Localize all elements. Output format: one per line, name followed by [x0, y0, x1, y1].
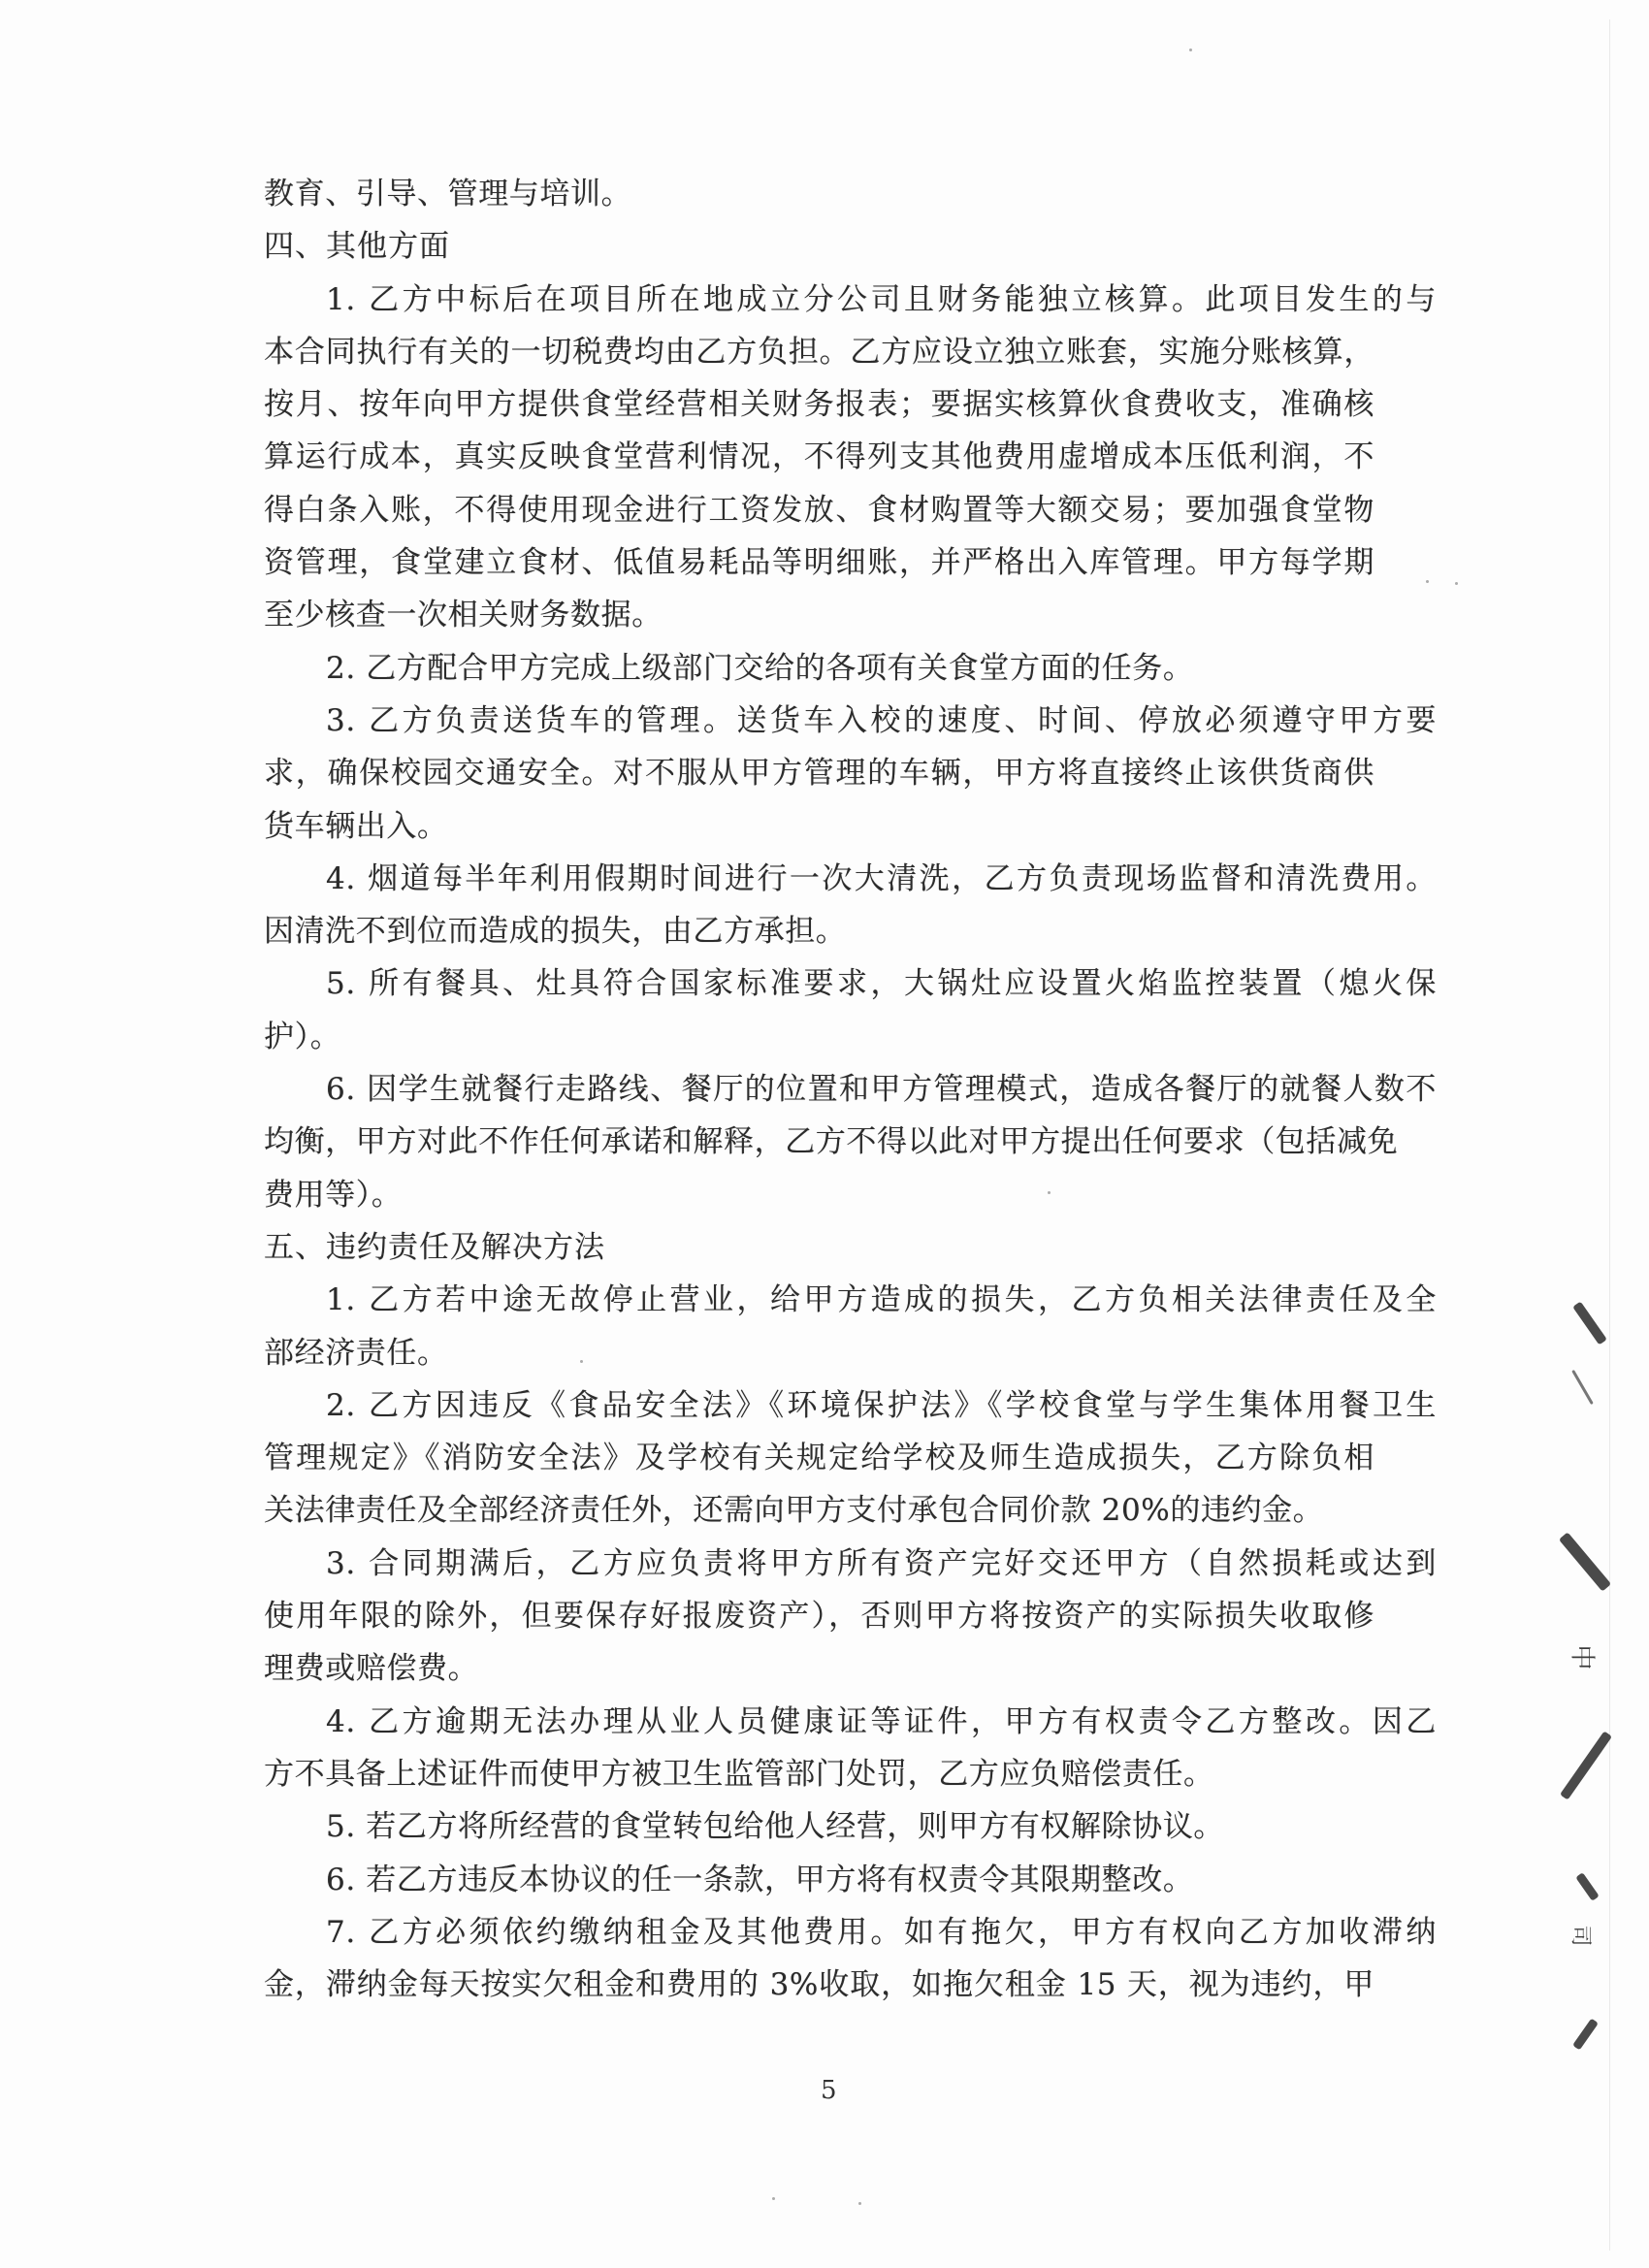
- text-line: 均衡，甲方对此不作任何承诺和解释，乙方不得以此对甲方提出任何要求（包括减免: [264, 1116, 1374, 1168]
- stamp-glyph: 中: [1567, 1644, 1602, 1669]
- clause-4-5: 5. 所有餐具、灶具符合国家标准要求，大锅灶应设置火焰监控装置（熄火保: [264, 957, 1437, 1010]
- clause-4-1: 1. 乙方中标后在项目所在地成立分公司且财务能独立核算。此项目发生的与: [264, 274, 1437, 326]
- text-line: 货车辆出入。: [264, 800, 1379, 853]
- text-line: 护）。: [264, 1011, 1379, 1063]
- stamp-arc-mark: [1572, 1301, 1607, 1345]
- text-line: 使用年限的除外，但要保存好报废资产），否则甲方将按资产的实际损失收取修: [264, 1590, 1374, 1642]
- text-line: 理费或赔偿费。: [264, 1642, 1379, 1695]
- text-line: 方不具备上述证件而使甲方被卫生监管部门处罚，乙方应负赔偿责任。: [264, 1748, 1379, 1800]
- text-line: 管理规定》《消防安全法》及学校有关规定给学校及师生造成损失，乙方除负相: [264, 1432, 1374, 1484]
- text-line: 费用等）。: [264, 1169, 1379, 1221]
- scan-speck: [1426, 580, 1429, 583]
- text-line: 求，确保校园交通安全。对不服从甲方管理的车辆，甲方将直接终止该供货商供: [264, 747, 1374, 799]
- text-line: 算运行成本，真实反映食堂营利情况，不得列支其他费用虚增成本压低利润，不: [264, 431, 1374, 483]
- stamp-glyph: 司: [1568, 1925, 1598, 1946]
- scan-speck: [580, 1360, 583, 1363]
- section-heading-other: 四、其他方面: [264, 220, 1379, 273]
- section-heading-liability: 五、违约责任及解决方法: [264, 1221, 1379, 1274]
- text-line: 得白条入账，不得使用现金进行工资发放、食材购置等大额交易；要加强食堂物: [264, 484, 1374, 536]
- clause-5-1: 1. 乙方若中途无故停止营业，给甲方造成的损失，乙方负相关法律责任及全: [264, 1274, 1437, 1326]
- clause-4-6: 6. 因学生就餐行走路线、餐厅的位置和甲方管理模式，造成各餐厅的就餐人数不: [264, 1063, 1437, 1116]
- clause-5-5: 5. 若乙方将所经营的食堂转包给他人经营，则甲方有权解除协议。: [264, 1800, 1379, 1853]
- seal-stamp-fragment: 中 司: [1552, 1300, 1620, 2057]
- page-number: 5: [821, 2076, 837, 2105]
- text-line: 至少核查一次相关财务数据。: [264, 589, 1379, 641]
- stamp-arc-mark: [1571, 1370, 1594, 1405]
- text-line: 按月、按年向甲方提供食堂经营相关财务报表；要据实核算伙食费收支，准确核: [264, 378, 1374, 431]
- scan-speck: [1455, 582, 1458, 585]
- clause-4-4: 4. 烟道每半年利用假期时间进行一次大清洗，乙方负责现场监督和清洗费用。: [264, 853, 1437, 905]
- scanned-page: 教育、引导、管理与培训。 四、其他方面 1. 乙方中标后在项目所在地成立分公司且…: [0, 0, 1649, 2268]
- scan-speck: [858, 2202, 861, 2205]
- text-line: 关法律责任及全部经济责任外，还需向甲方支付承包合同价款 20%的违约金。: [264, 1484, 1379, 1537]
- scan-speck: [1189, 49, 1192, 51]
- stamp-arc-mark: [1575, 1872, 1600, 1901]
- clause-5-6: 6. 若乙方违反本协议的任一条款，甲方将有权责令其限期整改。: [264, 1854, 1379, 1906]
- text-line: 本合同执行有关的一切税费均由乙方负担。乙方应设立独立账套，实施分账核算，: [264, 326, 1374, 378]
- text-line: 金，滞纳金每天按实欠租金和费用的 3%收取，如拖欠租金 15 天，视为违约，甲: [264, 1959, 1374, 2011]
- clause-5-4: 4. 乙方逾期无法办理从业人员健康证等证件，甲方有权责令乙方整改。因乙: [264, 1696, 1437, 1748]
- clause-4-2: 2. 乙方配合甲方完成上级部门交给的各项有关食堂方面的任务。: [264, 642, 1379, 695]
- clause-5-3: 3. 合同期满后，乙方应负责将甲方所有资产完好交还甲方（自然损耗或达到: [264, 1538, 1437, 1590]
- stamp-arc-mark: [1572, 2018, 1599, 2050]
- clause-5-7: 7. 乙方必须依约缴纳租金及其他费用。如有拖欠，甲方有权向乙方加收滞纳: [264, 1906, 1437, 1959]
- text-line: 因清洗不到位而造成的损失，由乙方承担。: [264, 905, 1379, 957]
- stamp-arc-mark: [1559, 1532, 1611, 1591]
- clause-4-3: 3. 乙方负责送货车的管理。送货车入校的速度、时间、停放必须遵守甲方要: [264, 695, 1437, 747]
- scan-speck: [772, 2197, 775, 2200]
- text-line: 部经济责任。: [264, 1327, 1379, 1379]
- text-line: 资管理，食堂建立食材、低值易耗品等明细账，并严格出入库管理。甲方每学期: [264, 536, 1374, 589]
- scan-speck: [1048, 1191, 1051, 1194]
- contract-body-text: 教育、引导、管理与培训。 四、其他方面 1. 乙方中标后在项目所在地成立分公司且…: [264, 168, 1379, 2011]
- text-line: 教育、引导、管理与培训。: [264, 168, 1379, 220]
- clause-5-2: 2. 乙方因违反《食品安全法》《环境保护法》《学校食堂与学生集体用餐卫生: [264, 1379, 1437, 1432]
- stamp-arc-mark: [1560, 1731, 1612, 1799]
